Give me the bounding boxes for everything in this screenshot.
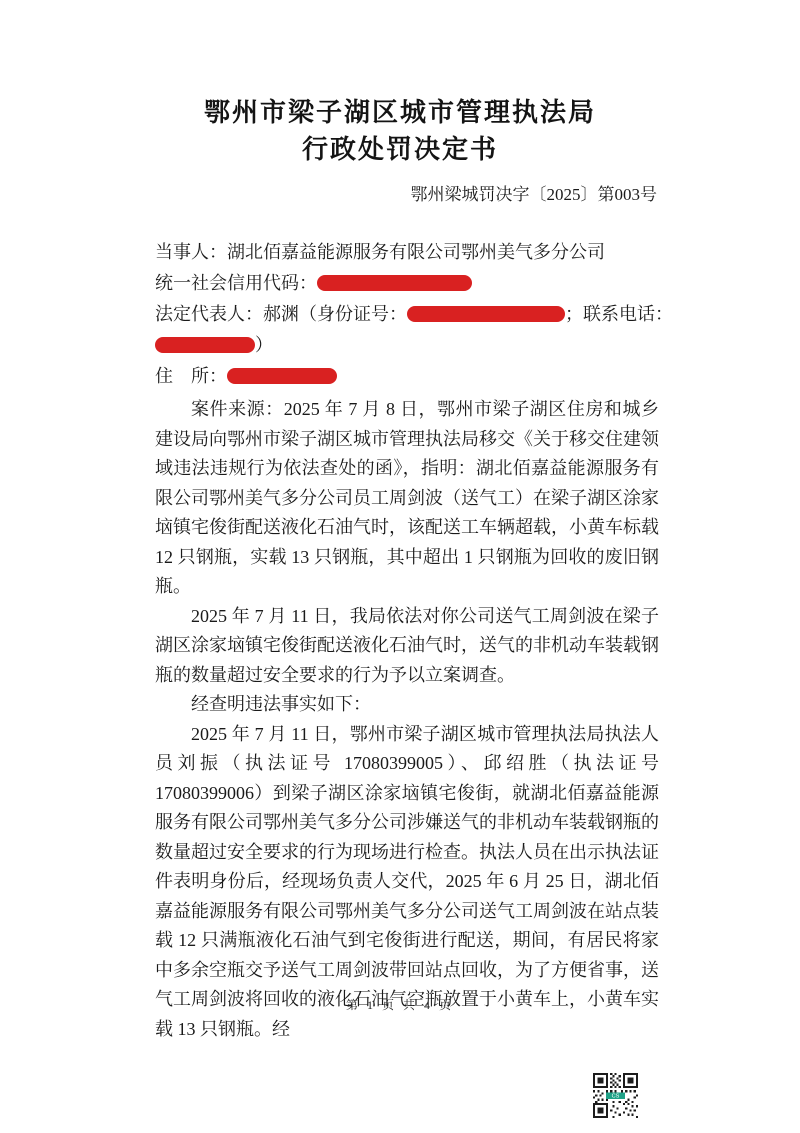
paragraph-facts-heading: 经查明违法事实如下： [155,690,659,720]
qr-badge-text: CS [612,1094,620,1100]
page-number-indicator: 第 1 页 共 4 页 [0,996,800,1013]
document-content: 当事人：湖北佰嘉益能源服务有限公司鄂州美气多分公司 统一社会信用代码： 法定代表… [155,237,659,1044]
address-line: 住 所： [155,361,659,392]
credit-code-line: 统一社会信用代码： [155,268,659,299]
phone-close-paren: ） [255,335,273,355]
document-number: 鄂州梁城罚决字〔2025〕第003号 [155,180,657,205]
redaction-block-id-number [407,306,565,322]
title-line-2: 行政处罚决定书 [0,131,800,168]
title-line-1: 鄂州市梁子湖区城市管理执法局 [0,94,800,131]
phone-line: ） [155,330,659,361]
paragraph-case-filing: 2025 年 7 月 11 日，我局依法对你公司送气工周剑波在梁子湖区涂家垴镇宅… [155,602,659,691]
redaction-block-phone [155,337,255,353]
address-label: 住 所： [155,366,227,386]
document-title: 鄂州市梁子湖区城市管理执法局 行政处罚决定书 [0,94,800,168]
legal-rep-label: 法定代表人：郝渊（身份证号： [155,304,407,324]
party-name-line: 当事人：湖北佰嘉益能源服务有限公司鄂州美气多分公司 [155,237,659,268]
document-body: 案件来源：2025 年 7 月 8 日，鄂州市梁子湖区住房和城乡建设局向鄂州市梁… [155,395,659,1044]
paragraph-case-source: 案件来源：2025 年 7 月 8 日，鄂州市梁子湖区住房和城乡建设局向鄂州市梁… [155,395,659,602]
redaction-block-credit-code [317,275,472,291]
party-name-value: 湖北佰嘉益能源服务有限公司鄂州美气多分公司 [227,242,605,262]
legal-representative-line: 法定代表人：郝渊（身份证号：；联系电话： [155,299,659,330]
redaction-block-address [227,368,337,384]
contact-phone-label: ；联系电话： [565,304,673,324]
scanned-document-page: 鄂州市梁子湖区城市管理执法局 行政处罚决定书 鄂州梁城罚决字〔2025〕第003… [0,0,800,1133]
party-name-label: 当事人： [155,242,227,262]
qr-code: CS [593,1073,638,1118]
credit-code-label: 统一社会信用代码： [155,273,317,293]
party-info-block: 当事人：湖北佰嘉益能源服务有限公司鄂州美气多分公司 统一社会信用代码： 法定代表… [155,237,659,392]
